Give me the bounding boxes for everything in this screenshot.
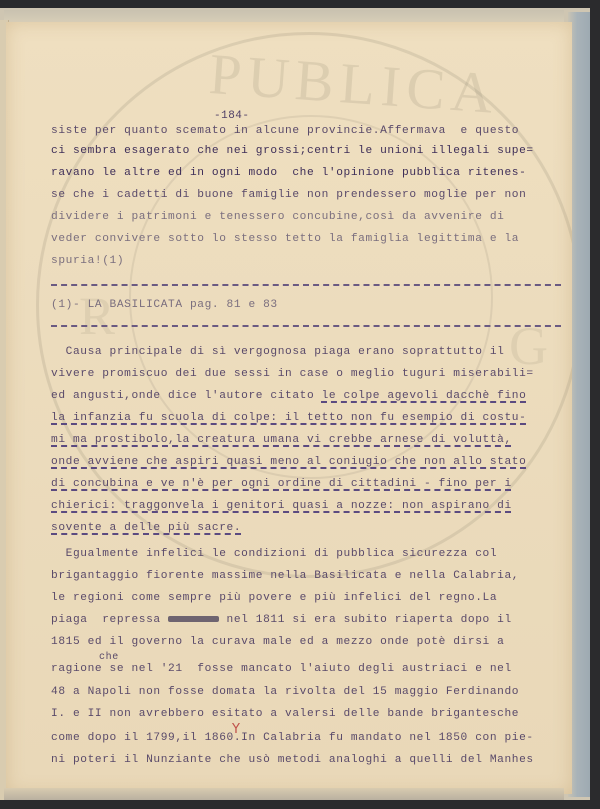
underlined-quote-line: di concubina e ve n'è per ogni ordine di… xyxy=(51,478,512,490)
struck-out-word: xxxxxxx xyxy=(168,616,219,622)
text-segment: ed angusti,onde dice l'autore citato xyxy=(51,390,322,402)
text-line: 48 a Napoli non fosse domata la rivolta … xyxy=(51,686,519,698)
text-line: vivere promiscuo dei due sessi in case o… xyxy=(51,368,534,380)
text-line: come dopo il 1799,il 1860.In Calabria fu… xyxy=(51,732,534,744)
underlined-quote-line: mi ma prostibolo,la creatura umana vi cr… xyxy=(51,434,512,446)
text-line: ni poteri il Nunziante che usò metodi an… xyxy=(51,754,534,766)
text-line: piaga repressa xxxxxxx nel 1811 si era s… xyxy=(51,614,512,626)
page-number: -184- xyxy=(214,110,250,122)
text-line: dividere i patrimoni e tenessero concubi… xyxy=(51,211,504,223)
text-line: siste per quanto scemato in alcune provi… xyxy=(51,125,519,137)
interlinear-insertion: che xyxy=(99,652,119,663)
text-segment: piaga repressa xyxy=(51,614,168,626)
text-line: spuria!(1) xyxy=(51,255,124,267)
text-line: Egualmente infelici le condizioni di pub… xyxy=(51,548,497,560)
body-text: siste per quanto scemato in alcune provi… xyxy=(51,22,80,490)
underlined-quote-line: la infanzia fu scuola di colpe: il tetto… xyxy=(51,412,526,424)
underlined-quote-line: onde avviene che aspiri quasi meno al co… xyxy=(51,456,526,468)
text-line: brigantaggio fiorente massime nella Basi… xyxy=(51,570,519,582)
text-line: veder convivere sotto lo stesso tetto la… xyxy=(51,233,519,245)
footnote-separator-top xyxy=(51,284,561,286)
watermark-left-letter: R xyxy=(79,285,115,347)
underlined-quote-line: chierici: traggonvela i genitori quasi a… xyxy=(51,500,512,512)
text-line: le regioni come sempre più povere e più … xyxy=(51,592,497,604)
text-line: ragione se nel '21 fosse mancato l'aiuto… xyxy=(51,663,512,675)
text-line: se che i cadetti di buone famiglie non p… xyxy=(51,189,526,201)
text-line: Causa principale di sì vergognosa piaga … xyxy=(51,346,504,358)
underlined-quote: le colpe agevoli dacchè fino xyxy=(322,390,527,402)
page-bottom-edge xyxy=(4,788,564,800)
text-line: ci sembra esagerato che nei grossi;centr… xyxy=(51,145,534,157)
text-line: ed angusti,onde dice l'autore citato le … xyxy=(51,390,526,402)
text-line: I. e II non avrebbero esitato a valersi … xyxy=(51,708,519,720)
underlined-quote-line: sovente a delle più sacre. xyxy=(51,522,241,534)
text-line: ravano le altre ed in ogni modo che l'op… xyxy=(51,167,526,179)
footnote-separator-bottom xyxy=(51,325,561,327)
footnote: (1)- LA BASILICATA pag. 81 e 83 xyxy=(51,299,278,311)
text-segment: nel 1811 si era subito riaperta dopo il xyxy=(219,614,512,626)
typewritten-page: PUBLICA R G -184- siste per quanto scema… xyxy=(6,22,572,794)
text-line: 1815 ed il governo la curava male ed a m… xyxy=(51,636,504,648)
watermark-text: PUBLICA xyxy=(207,40,501,127)
